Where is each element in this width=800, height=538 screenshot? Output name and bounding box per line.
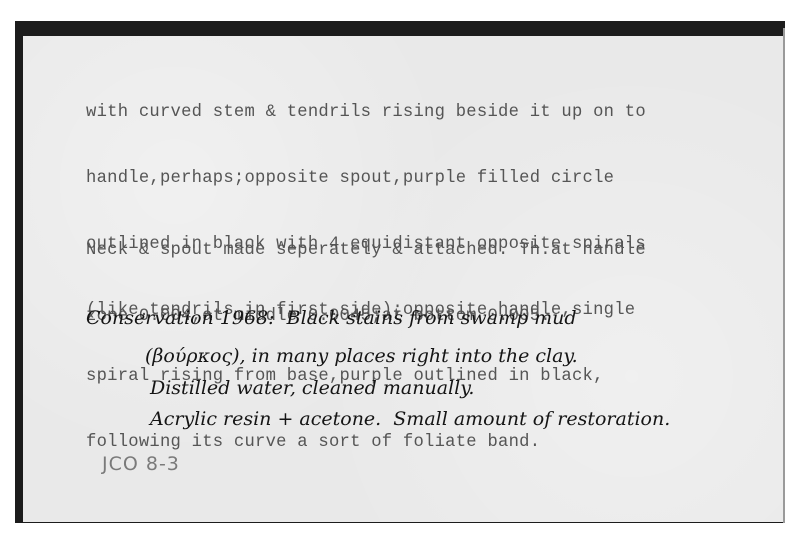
- pencil-reference-mark: JCO 8-3: [102, 453, 180, 475]
- typed-line: with curved stem & tendrils rising besid…: [86, 102, 646, 124]
- typed-line: Neck & spout made seperately & attached.…: [86, 240, 646, 262]
- handwritten-line-4: Acrylic resin + acetone. Small amount of…: [150, 408, 670, 430]
- handwritten-line-1: Conservation 1968: Black stains from swa…: [86, 307, 577, 329]
- typed-line: following its curve a sort of foliate ba…: [86, 432, 646, 454]
- typed-line: handle,perhaps;opposite spout,purple fil…: [86, 168, 646, 190]
- card-edge: [783, 28, 785, 523]
- handwritten-line-3: Distilled water, cleaned manually.: [150, 377, 474, 399]
- handwritten-line-2: (βούρκος), in many places right into the…: [145, 345, 578, 367]
